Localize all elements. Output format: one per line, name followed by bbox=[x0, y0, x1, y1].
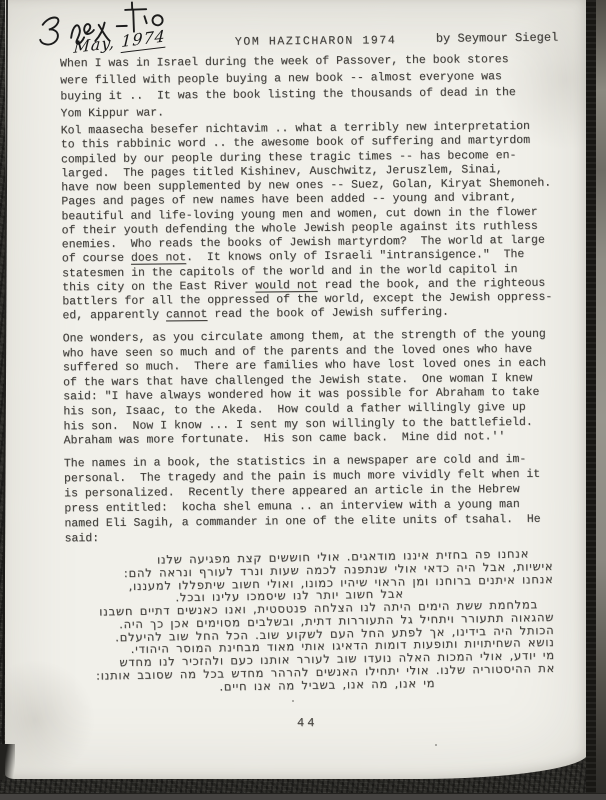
binding-strip-outer bbox=[596, 0, 606, 800]
paragraph-4: The names in a book, the statistics in a… bbox=[64, 453, 541, 548]
paragraph-1: When I was in Israel during the week of … bbox=[60, 53, 516, 124]
page-number: 44 bbox=[297, 716, 317, 730]
paragraph-2: Kol maasecha besefer nichtavim .. what a… bbox=[61, 120, 553, 324]
scan-speck bbox=[292, 700, 294, 702]
document-title: YOM HAZICHARON 1974 bbox=[235, 34, 397, 49]
paper-sheet: May, 1974 YOM HAZICHARON 1974 by Seymour… bbox=[5, 0, 588, 779]
hebrew-quote-block: אנחנו פה בחזית איננו מודאגים. אולי חוששי… bbox=[11, 546, 555, 695]
bottom-edge-strip bbox=[0, 793, 606, 800]
scanned-page: { "header": { "title": "YOM HAZICHARON 1… bbox=[0, 0, 606, 800]
paragraph-3: One wonders, as you circulate among them… bbox=[63, 328, 547, 449]
bottom-left-shadow bbox=[0, 744, 15, 780]
text-line: said: bbox=[65, 528, 541, 548]
author-byline: by Seymour Siegel bbox=[436, 31, 559, 46]
scan-speck bbox=[435, 744, 437, 746]
